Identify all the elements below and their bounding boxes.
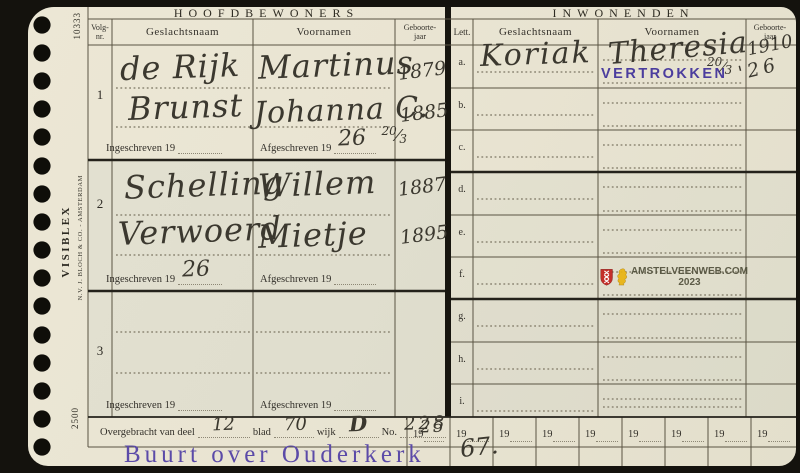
deel-value: 12 xyxy=(211,414,235,436)
lion-icon xyxy=(616,265,628,289)
year-cell: 19 xyxy=(665,417,708,447)
row-number: 3 xyxy=(88,343,112,359)
right-table-title: INWONENDEN xyxy=(451,7,796,19)
lodger-row-letter: h. xyxy=(451,354,473,365)
left-table-title: HOOFDBEWONERS xyxy=(88,7,445,19)
brand-sub: N.V. J. BLOCH & CO. - AMSTERDAM xyxy=(77,175,84,300)
surname-handwritten: de Rijk xyxy=(119,46,240,88)
birthyear-handwritten: 1887 xyxy=(397,173,448,201)
main-occupant-row-1: 1 de Rijk Martinus 1879 Brunst Johanna C… xyxy=(88,45,445,159)
ingeschreven-line: Ingeschreven 19 xyxy=(106,142,222,154)
surname-handwritten: Brunst xyxy=(127,86,244,128)
afgeschreven-line: Afgeschreven 19 xyxy=(260,399,376,411)
stock-number-bottom: 2500 xyxy=(70,407,80,429)
row-number: 1 xyxy=(88,87,112,103)
year-cell: 19 xyxy=(536,417,579,447)
lodger-row-letter: d. xyxy=(451,184,473,195)
col-header-voornamen: Voornamen xyxy=(253,26,395,38)
vertrokken-date: 20⁄3 xyxy=(707,55,732,77)
amstelveen-shield-icon xyxy=(600,266,613,289)
givenname-handwritten: Mietje xyxy=(257,214,368,256)
main-occupant-row-3: 3 Ingeschreven 19 Afgeschreven 19 xyxy=(88,291,445,417)
year-cell: 19 xyxy=(751,417,796,447)
register-card: 10333 VISIBLEX N.V. J. BLOCH & CO. - AMS… xyxy=(28,7,796,466)
row-number: 2 xyxy=(88,196,112,212)
afgeschreven-line: Afgeschreven 19 xyxy=(260,273,376,285)
lodger-row-letter: f. xyxy=(451,269,473,280)
main-occupant-row-2: 2 Schelling Willem 1887 Verwoerd Mietje … xyxy=(88,160,445,291)
givenname-handwritten: Martinus xyxy=(257,43,414,86)
blad-value: 70 xyxy=(284,414,308,436)
year-cell: 19 xyxy=(708,417,751,447)
lodger-row-letter: b. xyxy=(451,100,473,111)
birthyear-handwritten: 1895 xyxy=(399,221,450,249)
watermark-text: AMSTELVEENWEB.COM 2023 xyxy=(631,266,748,288)
birthyear-handwritten: 1885 xyxy=(399,99,450,127)
lodger-row-letter: e. xyxy=(451,227,473,238)
lodger-surname-handwritten: Koriak xyxy=(479,35,592,74)
ingeschreven-line: Ingeschreven 19 xyxy=(106,399,222,411)
givenname-handwritten: Willem xyxy=(257,163,377,205)
col-header-geslachtsnaam: Geslachtsnaam xyxy=(112,26,253,38)
lodger-row-letter: a. xyxy=(451,57,473,68)
birthyear-handwritten: 1879 xyxy=(397,57,448,85)
year-cell: 19 xyxy=(493,417,536,447)
lodger-row-letter: i. xyxy=(451,396,473,407)
afgeschreven-date: 20⁄3 xyxy=(381,124,407,146)
wijk-value: D xyxy=(348,411,367,437)
year-cell: 19 xyxy=(579,417,622,447)
year-value: 25 xyxy=(419,417,445,438)
page-number-handwritten: 67. xyxy=(459,431,500,463)
buurt-stamp: Buurt over Ouderkerk xyxy=(124,441,425,469)
watermark: AMSTELVEENWEB.COM 2023 xyxy=(600,260,748,294)
afgeschreven-line: Afgeschreven 19 26 20⁄3 xyxy=(260,132,407,154)
year-cell: 19 xyxy=(622,417,665,447)
lodger-row-letter: c. xyxy=(451,142,473,153)
col-header-lett: Lett. xyxy=(451,27,473,37)
afgeschreven-value: 26 xyxy=(338,126,367,152)
overgebracht-line: Overgebracht van deel 12 blad 70 wijk D … xyxy=(100,426,446,438)
ingeschreven-value: 26 xyxy=(182,257,211,283)
lodger-row-letter: g. xyxy=(451,311,473,322)
stock-number-top: 10333 xyxy=(72,12,82,40)
brand-visiblex: VISIBLEX xyxy=(60,205,72,278)
col-header-volgnr: Volg- nr. xyxy=(88,23,112,41)
ingeschreven-line: Ingeschreven 19 26 xyxy=(106,273,222,285)
col-header-geboortejaar: Geboorte- jaar xyxy=(395,23,445,41)
